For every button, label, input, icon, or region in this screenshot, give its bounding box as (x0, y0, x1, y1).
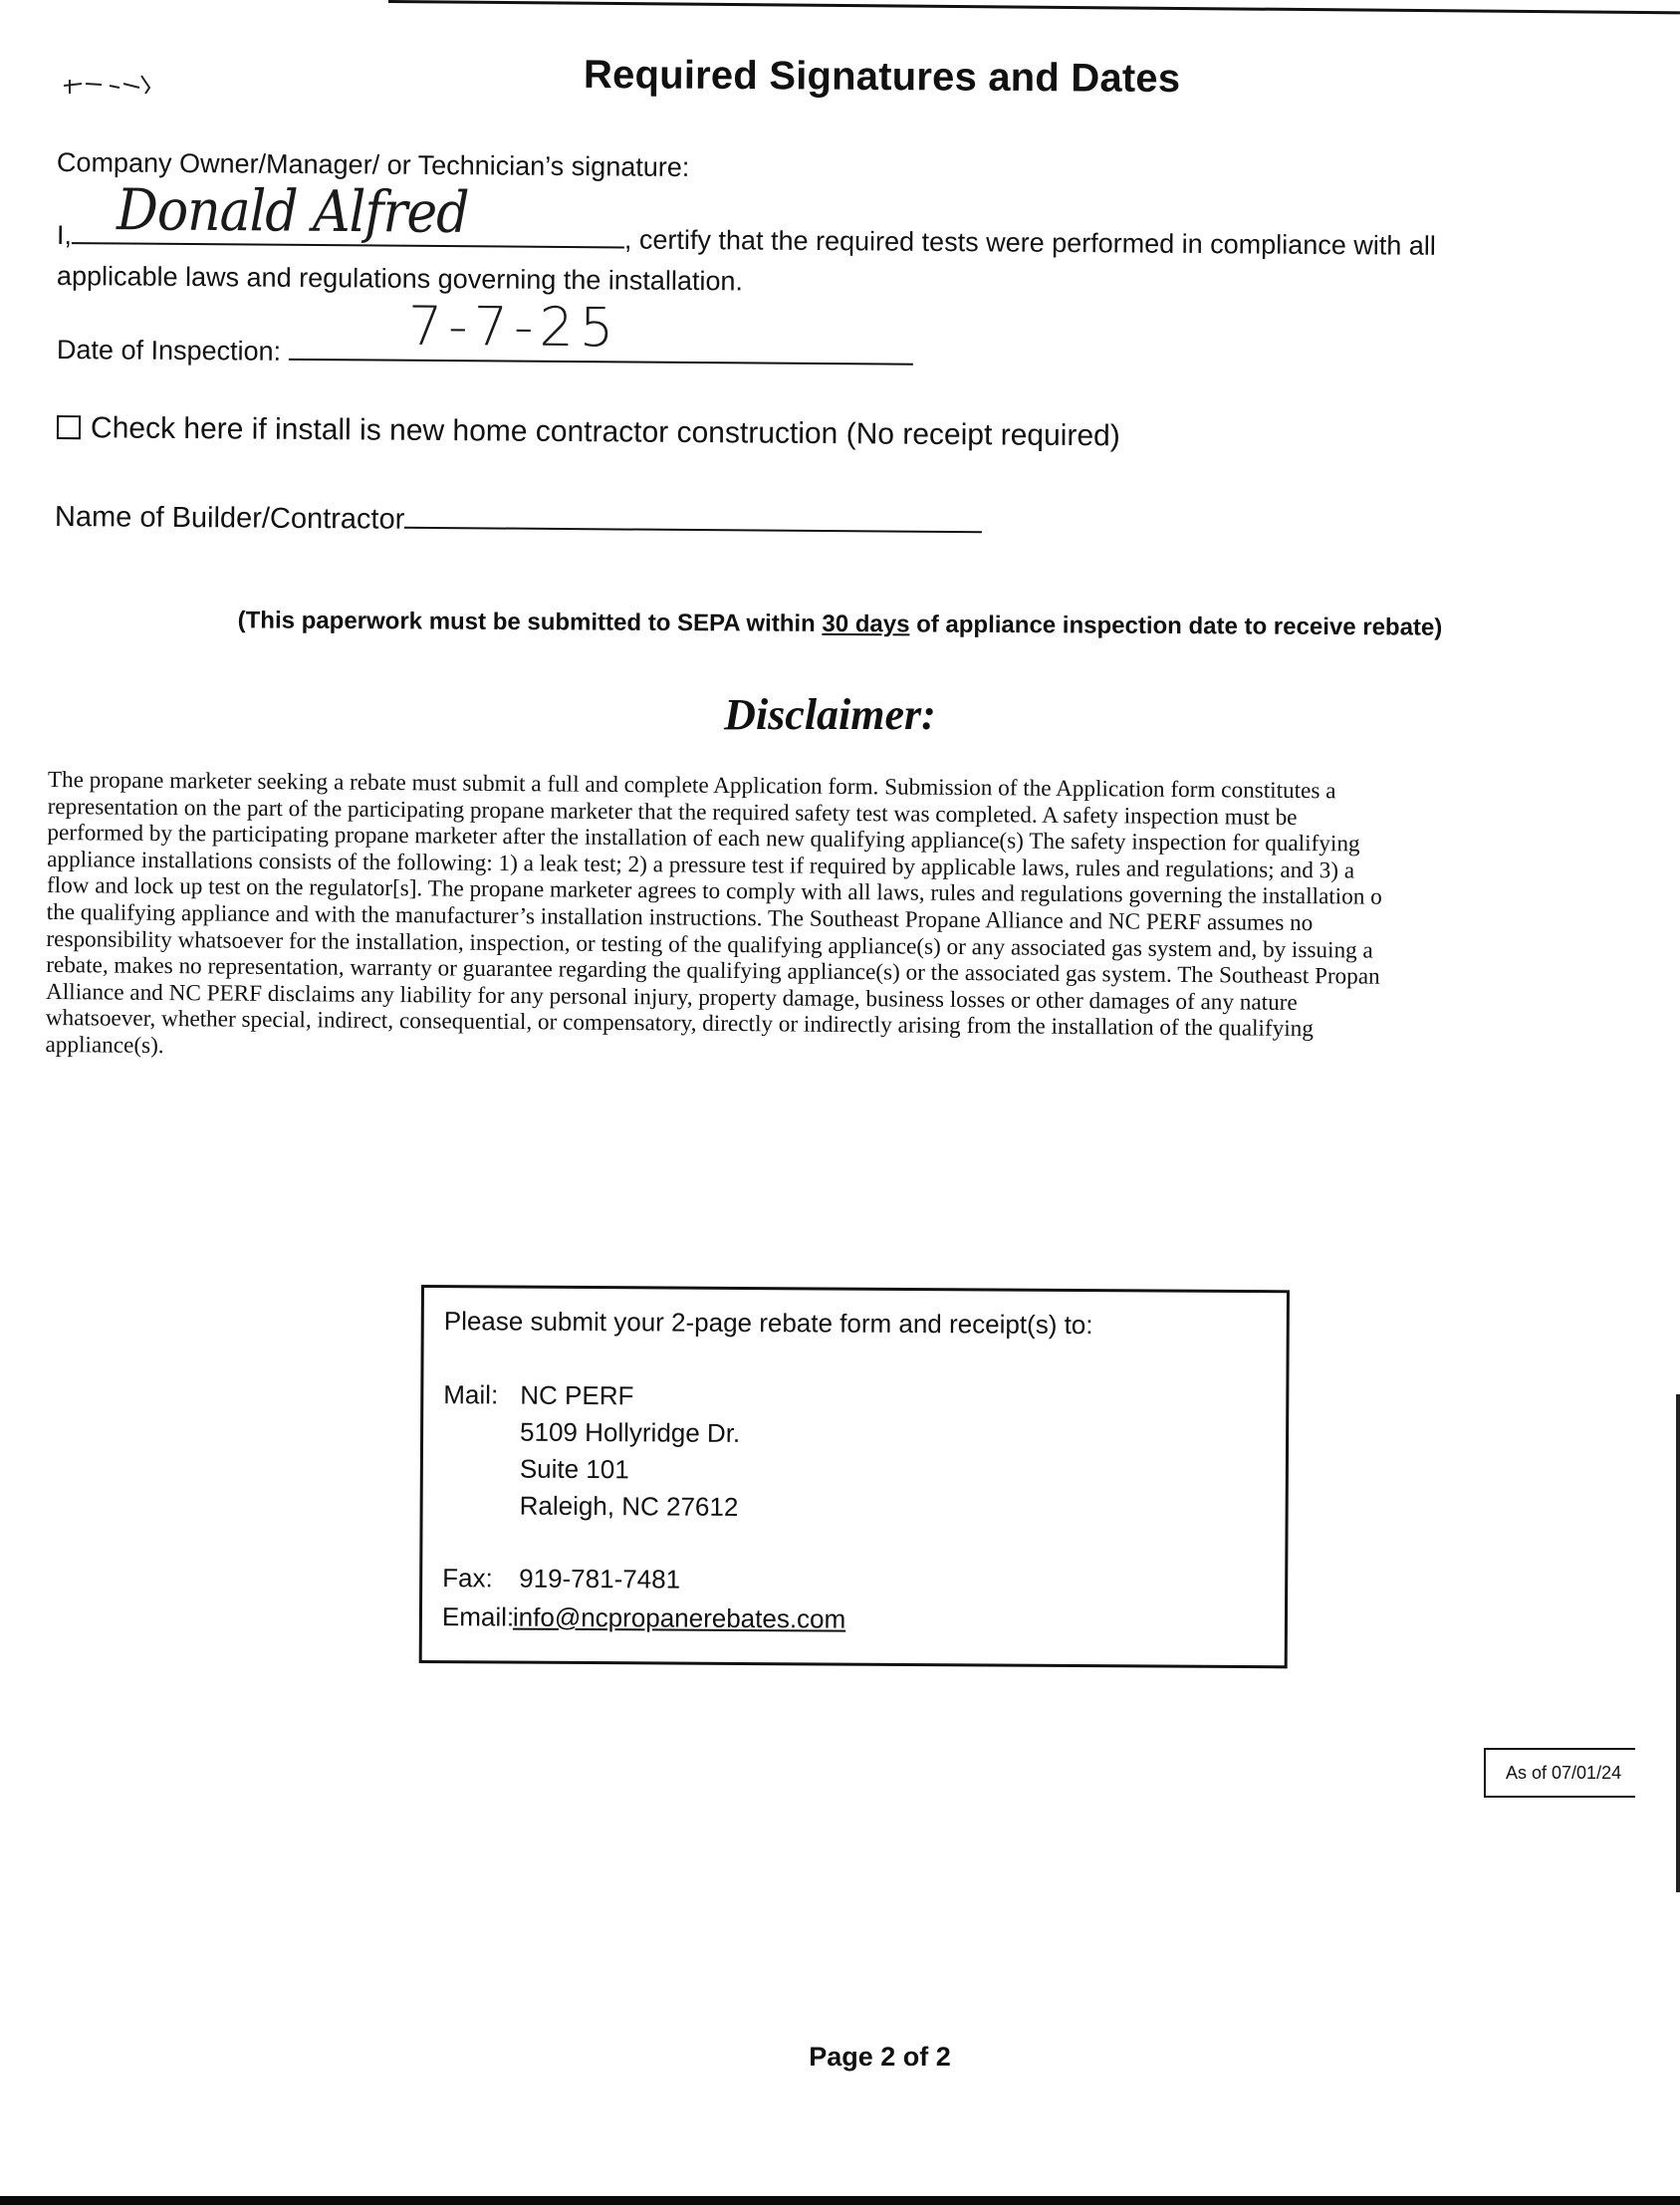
signature-value: Donald Alfred (117, 177, 469, 246)
submission-info-box: Please submit your 2-page rebate form an… (419, 1285, 1290, 1668)
date-of-inspection-row: Date of Inspection: 7-7-25 (57, 329, 913, 372)
fax-label: Fax: (442, 1563, 493, 1593)
disclaimer-heading: Disclaimer: (0, 689, 1680, 740)
version-tag: As of 07/01/24 (1484, 1748, 1635, 1798)
mail-city: Raleigh, NC 27612 (520, 1491, 739, 1523)
deadline-emphasis: 30 days (822, 611, 909, 638)
date-value: 7-7-25 (408, 295, 620, 360)
cert-line-2: applicable laws and regulations governin… (57, 261, 743, 297)
new-construction-row: Check here if install is new home contra… (57, 411, 1120, 453)
mail-street: 5109 Hollyridge Dr. (520, 1417, 740, 1449)
fax-number: 919-781-7481 (519, 1564, 680, 1595)
certification-line: I,Donald Alfred, certify that the requir… (57, 214, 1436, 262)
cert-suffix: , certify that the required tests were p… (624, 224, 1436, 260)
signature-field[interactable]: Donald Alfred (72, 214, 624, 248)
submission-deadline-notice: (This paperwork must be submitted to SEP… (0, 606, 1680, 643)
date-field[interactable]: 7-7-25 (289, 331, 913, 366)
scan-right-edge (1676, 1394, 1680, 1892)
builder-row: Name of Builder/Contractor (55, 496, 983, 541)
mail-recipient: NC PERF (520, 1380, 633, 1412)
scan-top-border (388, 0, 1680, 14)
new-construction-label: Check here if install is new home contra… (91, 411, 1120, 452)
mail-row: Mail: NC PERF (423, 1379, 1286, 1384)
new-construction-checkbox[interactable] (57, 415, 81, 439)
mail-label: Mail: (443, 1379, 498, 1410)
date-label: Date of Inspection: (57, 335, 281, 367)
disclaimer-text: The propane marketer seeking a rebate mu… (45, 767, 1650, 1073)
fax-row: Fax: 919-781-7481 (422, 1563, 1285, 1568)
email-row: Email: info@ncpropanerebates.com (422, 1601, 1285, 1606)
builder-label: Name of Builder/Contractor (55, 501, 405, 536)
cert-prefix: I, (57, 220, 72, 250)
submission-intro: Please submit your 2-page rebate form an… (444, 1306, 1093, 1341)
mail-suite: Suite 101 (520, 1454, 629, 1486)
page-number: Page 2 of 2 (0, 2042, 1680, 2073)
email-link[interactable]: info@ncpropanerebates.com (513, 1602, 845, 1635)
builder-field[interactable] (404, 499, 982, 534)
email-label: Email: (442, 1601, 514, 1632)
scan-bottom-border (0, 2196, 1680, 2205)
page-title: Required Signatures and Dates (0, 55, 1680, 100)
